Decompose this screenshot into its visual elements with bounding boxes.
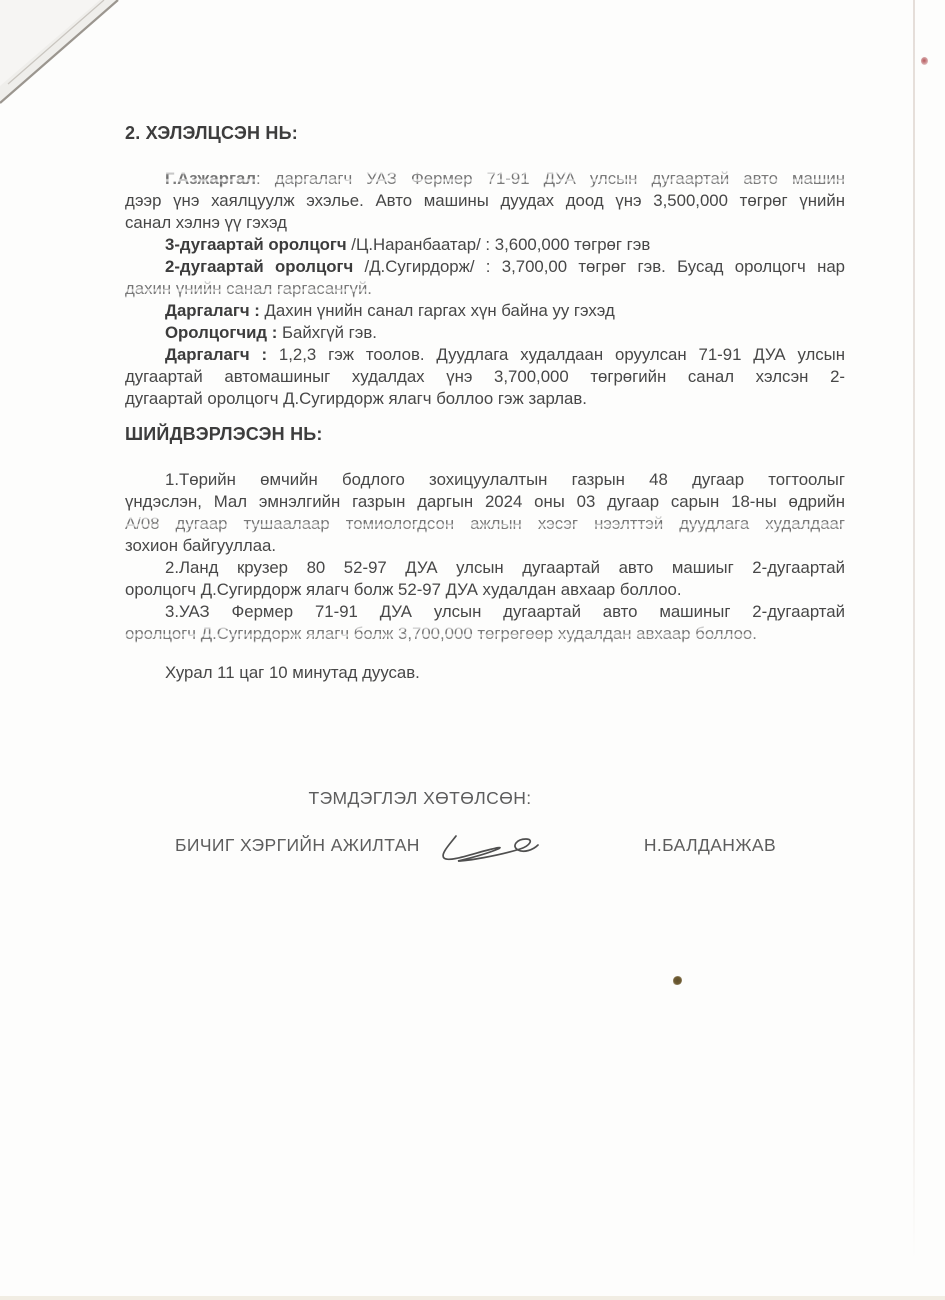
page-edge-line (913, 0, 915, 1260)
text-segment: 2.Ланд крузер 80 52-97 ДУА улсын дугаарт… (165, 558, 845, 577)
text-line: дахин үнийн санал гаргасангүй. (125, 278, 845, 300)
text-segment: үндэслэн, Мал эмнэлгийн газрын даргын 20… (125, 492, 845, 511)
section-heading-resolved: ШИЙДВЭРЛЭСЭН НЬ: (125, 423, 845, 445)
recorder-heading: ТЭМДЭГЛЭЛ ХӨТӨЛСӨН: (125, 787, 715, 809)
text-segment: зохион байгууллаа. (125, 536, 276, 555)
scanned-document-page: 2. ХЭЛЭЛЦСЭН НЬ: Г.Азжаргал: даргалагч У… (0, 0, 945, 1300)
section-heading-discussed: 2. ХЭЛЭЛЦСЭН НЬ: (125, 122, 845, 144)
signature-scribble-icon (432, 818, 544, 869)
decision-paragraphs: 1.Төрийн өмчийн бодлого зохицуулалтын га… (125, 469, 845, 645)
text-line: Даргалагч : Дахин үнийн санал гаргах хүн… (125, 300, 845, 322)
text-line: дээр үнэ хаялцуулж эхэлье. Авто машины д… (125, 190, 845, 212)
meeting-closing-line: Хурал 11 цаг 10 минутад дуусав. (125, 662, 845, 684)
bold-text-segment: Даргалагч : (165, 345, 267, 364)
bold-text-segment: Оролцогчид : (165, 323, 277, 342)
text-line: Даргалагч : 1,2,3 гэж тоолов. Дуудлага х… (125, 344, 845, 366)
text-segment: 3.УАЗ Фермер 71-91 ДУА улсын дугаартай а… (165, 602, 845, 621)
text-segment: санал хэлнэ үү гэхэд (125, 213, 287, 232)
bold-text-segment: 3-дугаартай оролцогч (165, 235, 347, 254)
text-line: оролцогч Д.Сугирдорж ялагч болж 52-97 ДУ… (125, 579, 845, 601)
text-line: зохион байгууллаа. (125, 535, 845, 557)
text-segment: : даргалагч УАЗ Фермер 71-91 ДУА улсын д… (256, 169, 845, 188)
document-text-block: 2. ХЭЛЭЛЦСЭН НЬ: Г.Азжаргал: даргалагч У… (125, 122, 845, 869)
text-line: Г.Азжаргал: даргалагч УАЗ Фермер 71-91 Д… (125, 168, 845, 190)
ink-speck (673, 976, 682, 985)
bold-text-segment: 2-дугаартай оролцогч (165, 257, 353, 276)
red-ink-dot (921, 57, 928, 65)
bold-text-segment: Г.Азжаргал (165, 169, 256, 188)
recorder-name: Н.БАЛДАНЖАВ (644, 835, 776, 856)
text-segment: 1,2,3 гэж тоолов. Дуудлага худалдаан ору… (267, 345, 845, 364)
recorder-signature-row: БИЧИГ ХЭРГИЙН АЖИЛТАН Н.БАЛДАНЖАВ (175, 821, 845, 869)
text-segment: оролцогч Д.Сугирдорж ялагч болж 52-97 ДУ… (125, 580, 682, 599)
text-segment: /Д.Сугирдорж/ : 3,700,00 төгрөг гэв. Бус… (353, 257, 845, 276)
text-segment: Байхгүй гэв. (277, 323, 377, 342)
text-line: санал хэлнэ үү гэхэд (125, 212, 845, 234)
text-segment: оролцогч Д.Сугирдорж ялагч болж 3,700,00… (125, 624, 757, 643)
text-line: 2.Ланд крузер 80 52-97 ДУА улсын дугаарт… (125, 557, 845, 579)
text-line: 1.Төрийн өмчийн бодлого зохицуулалтын га… (125, 469, 845, 491)
text-segment: дээр үнэ хаялцуулж эхэлье. Авто машины д… (125, 191, 845, 210)
discussion-paragraphs: Г.Азжаргал: даргалагч УАЗ Фермер 71-91 Д… (125, 168, 845, 410)
text-segment: /Ц.Наранбаатар/ : 3,600,000 төгрөг гэв (347, 235, 651, 254)
recorder-role: БИЧИГ ХЭРГИЙН АЖИЛТАН (175, 835, 420, 856)
page-fold-corner (0, 0, 140, 120)
text-line: Оролцогчид : Байхгүй гэв. (125, 322, 845, 344)
text-line: дугаартай оролцогч Д.Сугирдорж ялагч бол… (125, 388, 845, 410)
text-line: 3-дугаартай оролцогч /Ц.Наранбаатар/ : 3… (125, 234, 845, 256)
text-segment: дахин үнийн санал гаргасангүй. (125, 279, 372, 298)
text-line: А/08 дугаар тушаалаар томиологдсон ажлын… (125, 513, 845, 535)
text-line: 3.УАЗ Фермер 71-91 ДУА улсын дугаартай а… (125, 601, 845, 623)
text-line: үндэслэн, Мал эмнэлгийн газрын даргын 20… (125, 491, 845, 513)
bold-text-segment: Даргалагч : (165, 301, 260, 320)
text-segment: дугаартай автомашиныг худалдах үнэ 3,700… (125, 367, 845, 386)
text-segment: Дахин үнийн санал гаргах хүн байна уу гэ… (260, 301, 615, 320)
page-bottom-edge (0, 1296, 945, 1300)
text-segment: А/08 дугаар тушаалаар томиологдсон ажлын… (125, 514, 845, 533)
text-line: оролцогч Д.Сугирдорж ялагч болж 3,700,00… (125, 623, 845, 645)
text-segment: 1.Төрийн өмчийн бодлого зохицуулалтын га… (165, 470, 845, 489)
text-line: дугаартай автомашиныг худалдах үнэ 3,700… (125, 366, 845, 388)
text-segment: дугаартай оролцогч Д.Сугирдорж ялагч бол… (125, 389, 587, 408)
text-line: 2-дугаартай оролцогч /Д.Сугирдорж/ : 3,7… (125, 256, 845, 278)
